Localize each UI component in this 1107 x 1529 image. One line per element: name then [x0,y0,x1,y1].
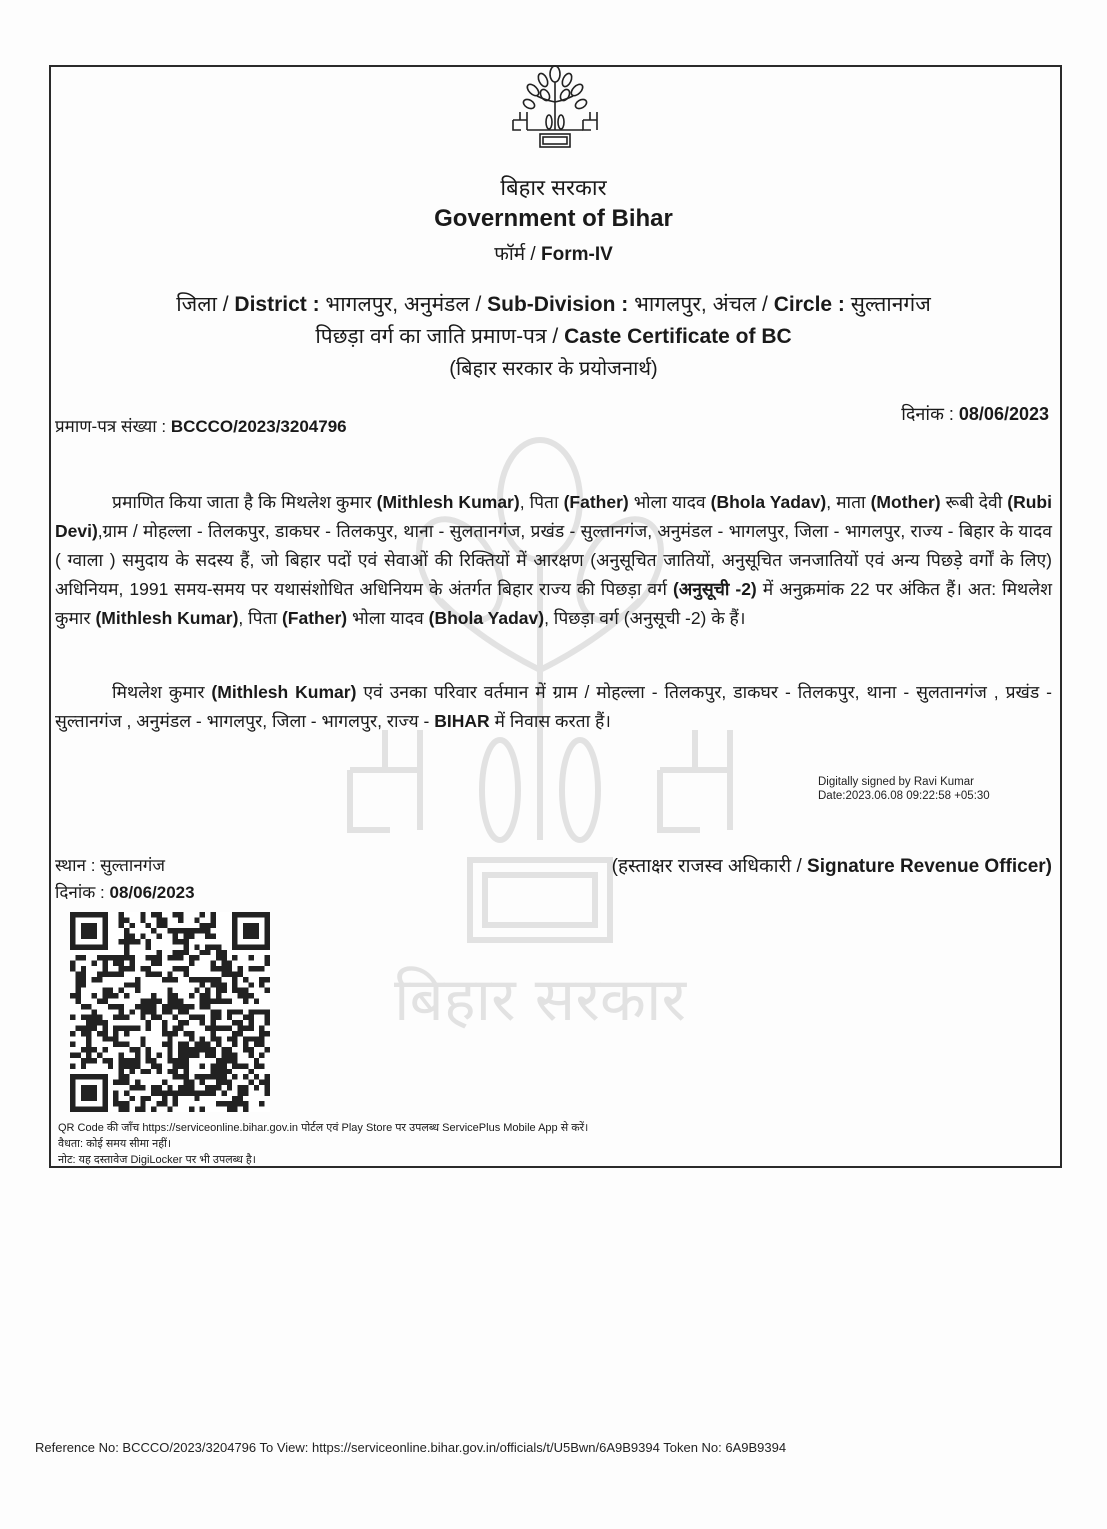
signature-label-english: Signature Revenue Officer) [807,856,1052,877]
issue-date-value: 08/06/2023 [110,883,195,902]
certificate-date-value: 08/06/2023 [959,404,1049,424]
residence-paragraph: मिथलेश कुमार (Mithlesh Kumar) एवं उनका प… [55,678,1052,736]
place-label: स्थान : [55,856,100,875]
govt-title-hindi: बिहार सरकार [0,172,1107,202]
validity-note: वैधता: कोई समय सीमा नहीं। [58,1136,588,1152]
subdivision-label-english: Sub-Division : [487,293,628,316]
svg-text:बिहार सरकार: बिहार सरकार [394,965,688,1035]
signature-label: (हस्ताक्षर राजस्व अधिकारी / Signature Re… [612,852,1052,878]
form-label-hindi: फॉर्म / [494,244,541,265]
govt-title-english: Government of Bihar [0,205,1107,233]
issue-place: स्थान : सुल्तानगंज [55,853,165,876]
issue-date-label: दिनांक : [55,883,110,902]
subdivision-label-hindi: अनुमंडल / [404,293,487,316]
signature-label-hindi: (हस्ताक्षर राजस्व अधिकारी / [612,856,807,877]
form-label-english: Form-IV [541,244,613,265]
district-label-hindi: जिला / [176,293,234,316]
certificate-number-label: प्रमाण-पत्र संख्या : [55,417,171,436]
certificate-title: पिछड़ा वर्ग का जाति प्रमाण-पत्र / Caste … [0,322,1107,350]
certificate-number-value: BCCCO/2023/3204796 [171,417,347,436]
certificate-number: प्रमाण-पत्र संख्या : BCCCO/2023/3204796 [55,414,347,437]
digilocker-note: नोट: यह दस्तावेज DigiLocker पर भी उपलब्ध… [58,1152,588,1168]
district-value: भागलपुर, [320,293,404,316]
district-label-english: District : [234,293,319,316]
certificate-purpose: (बिहार सरकार के प्रयोजनार्थ) [0,354,1107,381]
issue-date: दिनांक : 08/06/2023 [55,880,195,903]
place-value: सुल्तानगंज [100,856,165,875]
jurisdiction-line: जिला / District : भागलपुर, अनुमंडल / Sub… [0,290,1107,318]
certificate-date: दिनांक : 08/06/2023 [901,402,1049,426]
certificate-title-english: Caste Certificate of BC [564,325,792,348]
reference-footer: Reference No: BCCCO/2023/3204796 To View… [35,1440,786,1455]
certificate-date-label: दिनांक : [901,404,959,424]
certification-paragraph: प्रमाणित किया जाता है कि मिथलेश कुमार (M… [55,488,1052,633]
circle-value: सुल्तानगंज [845,293,931,316]
certificate-title-hindi: पिछड़ा वर्ग का जाति प्रमाण-पत्र / [315,325,564,348]
circle-label-english: Circle : [774,293,845,316]
digital-sign-date: Date:2023.06.08 09:22:58 +05:30 [818,789,990,803]
circle-label-hindi: अंचल / [713,293,774,316]
form-number: फॉर्म / Form-IV [0,240,1107,266]
bihar-emblem-icon [505,62,605,150]
digital-signer: Digitally signed by Ravi Kumar [818,775,990,789]
qr-check-note: QR Code की जाँच https://serviceonline.bi… [58,1120,588,1136]
digital-signature-stamp: Digitally signed by Ravi Kumar Date:2023… [818,775,990,803]
qr-code-icon[interactable] [70,912,270,1112]
verification-notes: QR Code की जाँच https://serviceonline.bi… [58,1120,588,1168]
subdivision-value: भागलपुर, [628,293,712,316]
